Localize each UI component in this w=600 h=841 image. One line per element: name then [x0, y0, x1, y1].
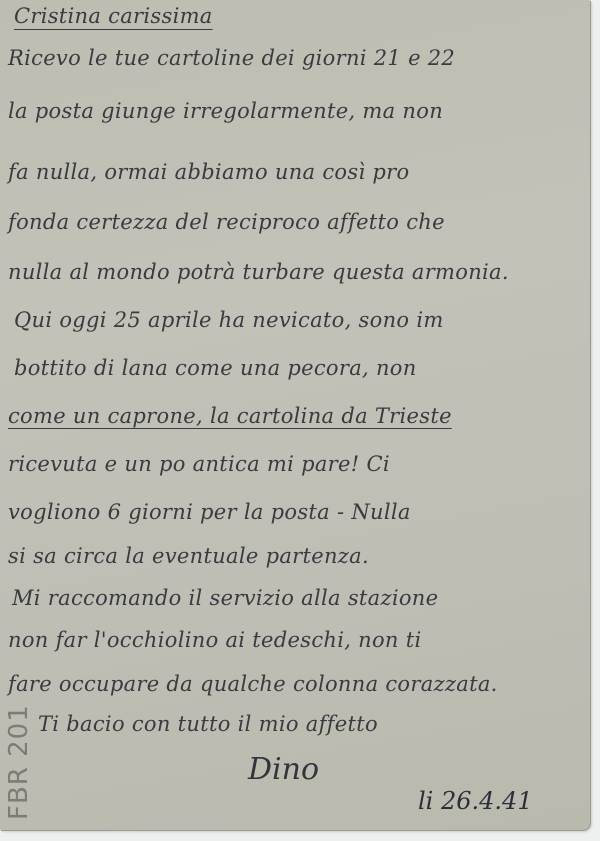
letter-line-8: come un caprone, la cartolina da Trieste	[8, 404, 452, 428]
letter-line-6: Qui oggi 25 aprile ha nevicato, sono im	[14, 308, 444, 332]
salutation: Cristina carissima	[14, 4, 213, 28]
letter-line-14: fare occupare da qualche colonna corazza…	[8, 672, 498, 696]
letter-date: li 26.4.41	[418, 787, 533, 815]
letter-line-3: fa nulla, ormai abbiamo una così pro	[8, 160, 409, 184]
letter-line-4: fonda certezza del reciproco affetto che	[8, 210, 445, 234]
letter-line-11: si sa circa la eventuale partenza.	[8, 544, 369, 568]
closing-line: Ti bacio con tutto il mio affetto	[38, 712, 378, 736]
letter-line-7: bottito di lana come una pecora, non	[14, 356, 417, 380]
signature: Dino	[248, 752, 319, 787]
letter-line-12: Mi raccomando il servizio alla stazione	[12, 586, 438, 610]
letter-line-1: Ricevo le tue cartoline dei giorni 21 e …	[8, 46, 455, 70]
letter-line-13: non far l'occhiolino ai tedeschi, non ti	[8, 628, 422, 652]
letter-line-5: nulla al mondo potrà turbare questa armo…	[8, 260, 509, 284]
letter-line-10: vogliono 6 giorni per la posta - Nulla	[8, 500, 411, 524]
postcard: Cristina carissima Ricevo le tue cartoli…	[0, 0, 590, 830]
letter-line-9: ricevuta e un po antica mi pare! Ci	[8, 452, 390, 476]
letter-line-2: la posta giunge irregolarmente, ma non	[8, 99, 443, 123]
archive-catalog-mark: FBR 201	[4, 704, 34, 820]
